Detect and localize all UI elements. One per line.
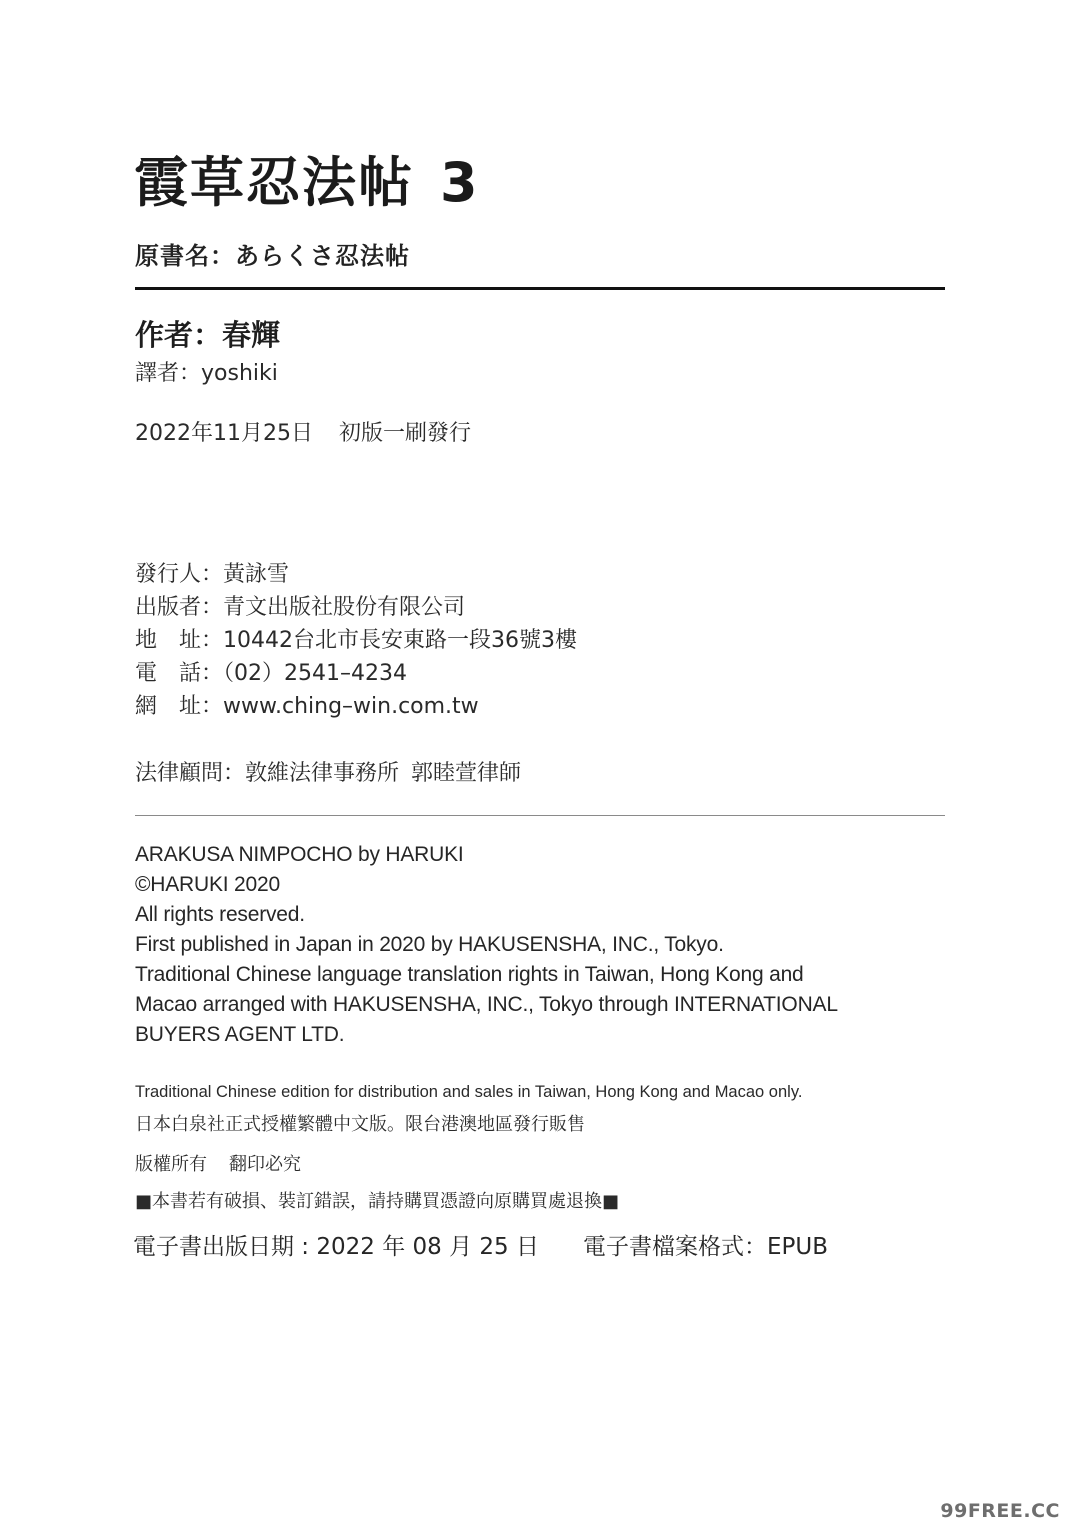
volume-number: 3: [440, 151, 480, 214]
ebook-info: 電子書出版日期 : 2022 年 08 月 25 日電子書檔案格式：EPUB: [133, 1228, 828, 1261]
rights-statement: 版權所有翻印必究: [135, 1150, 301, 1176]
info-value: ：（02）2541–4234: [201, 657, 407, 690]
info-value: ：青文出版社股份有限公司: [201, 591, 465, 624]
publisher-info-row-publisher: 出版者：青文出版社股份有限公司: [135, 591, 577, 624]
info-label: 發行人: [135, 558, 201, 591]
original-title: 原書名：あらくさ忍法帖: [135, 236, 410, 271]
author: 作者：春輝: [135, 313, 280, 354]
title-text: 霞草忍法帖: [134, 151, 414, 214]
ebook-publish-date: 電子書出版日期 : 2022 年 08 月 25 日: [133, 1234, 539, 1260]
credit-line: Traditional Chinese language translation…: [135, 960, 838, 990]
copyright-page: 霞草忍法帖3 原書名：あらくさ忍法帖 作者：春輝 譯者：yoshiki 2022…: [0, 0, 1080, 1536]
info-label: 出版者: [135, 591, 201, 624]
info-label: 電 話: [135, 657, 201, 690]
publisher-info: 發行人：黃詠雪 出版者：青文出版社股份有限公司 地 址：10442台北市長安東路…: [135, 558, 577, 723]
credit-line: All rights reserved.: [135, 900, 838, 930]
publisher-info-row-address: 地 址：10442台北市長安東路一段36號3樓: [135, 624, 577, 657]
book-title: 霞草忍法帖3: [134, 156, 480, 210]
distribution-english: Traditional Chinese edition for distribu…: [135, 1083, 802, 1102]
info-label: 網 址: [135, 690, 201, 723]
legal-advisor-firm: 敦維法律事務所: [245, 761, 399, 786]
translator: 譯者：yoshiki: [135, 356, 278, 387]
info-value: ：10442台北市長安東路一段36號3樓: [201, 624, 577, 657]
rights-no-copy: 翻印必究: [229, 1154, 301, 1175]
distribution-chinese: 日本白泉社正式授權繁體中文版。限台港澳地區發行販售: [135, 1110, 585, 1136]
first-edition-label: 初版一刷發行: [339, 421, 471, 446]
first-edition-date: 2022年11月25日: [135, 421, 313, 446]
credit-line: BUYERS AGENT LTD.: [135, 1020, 838, 1050]
info-value: ：www.ching–win.com.tw: [201, 690, 479, 723]
english-credits: ARAKUSA NIMPOCHO by HARUKI ©HARUKI 2020 …: [135, 840, 838, 1050]
watermark: 99FREE.CC: [940, 1500, 1060, 1522]
first-edition: 2022年11月25日初版一刷發行: [135, 416, 471, 447]
publisher-info-row-website: 網 址：www.ching–win.com.tw: [135, 690, 577, 723]
credit-line: Macao arranged with HAKUSENSHA, INC., To…: [135, 990, 838, 1020]
return-notice: ■本書若有破損、裝訂錯誤，請持購買憑證向原購買處退換■: [135, 1187, 619, 1213]
publisher-info-row-issuer: 發行人：黃詠雪: [135, 558, 577, 591]
thin-divider: [135, 815, 945, 816]
info-value: ：黃詠雪: [201, 558, 289, 591]
credit-line: ARAKUSA NIMPOCHO by HARUKI: [135, 840, 838, 870]
rights-reserved: 版權所有: [135, 1154, 207, 1175]
credit-line: First published in Japan in 2020 by HAKU…: [135, 930, 838, 960]
legal-advisor-label: 法律顧問：: [135, 761, 245, 786]
legal-advisor-lawyer: 郭睦萱律師: [411, 761, 521, 786]
thick-divider: [135, 287, 945, 290]
legal-advisor: 法律顧問：敦維法律事務所郭睦萱律師: [135, 756, 521, 787]
info-label: 地 址: [135, 624, 201, 657]
publisher-info-row-phone: 電 話：（02）2541–4234: [135, 657, 577, 690]
ebook-format: 電子書檔案格式：EPUB: [583, 1234, 828, 1260]
credit-line: ©HARUKI 2020: [135, 870, 838, 900]
